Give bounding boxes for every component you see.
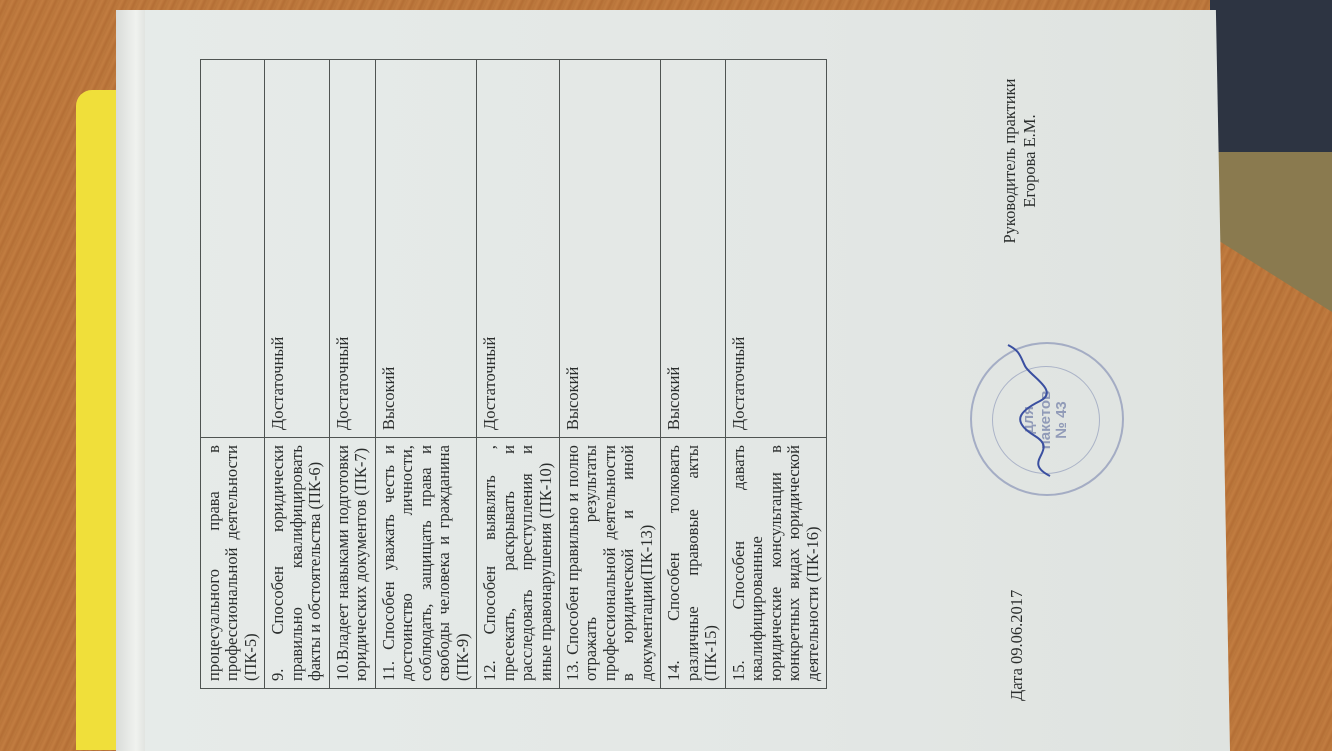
competency-cell: 15. Способен давать квалифицированные юр…	[725, 438, 826, 689]
table-row: 9. Способен юридически правильно квалифи…	[265, 60, 329, 689]
competency-cell: 10.Владеет навыками подготовки юридическ…	[329, 438, 375, 689]
level-cell: Достаточный	[725, 60, 826, 438]
level-cell	[201, 60, 265, 438]
table-row: 15. Способен давать квалифицированные юр…	[725, 60, 826, 689]
competency-cell: 14. Способен толковать различные правовы…	[661, 438, 725, 689]
table-row: процесуального права в профессиональной …	[201, 60, 265, 689]
level-cell: Высокий	[375, 60, 476, 438]
competency-cell: процесуального права в профессиональной …	[201, 438, 265, 689]
signature-icon	[1000, 341, 1070, 481]
supervisor-title: Руководитель практики	[1000, 41, 1020, 281]
table-row: 11. Способен уважать честь и достоинство…	[375, 60, 476, 689]
table-row: 14. Способен толковать различные правовы…	[661, 60, 725, 689]
competency-cell: 12. Способен выявлять , пресекать, раскр…	[477, 438, 560, 689]
competency-cell: 13. Способен правильно и полно отражать …	[559, 438, 660, 689]
signature-block: Руководитель практики Егорова Е.М.	[1000, 41, 1040, 281]
table-row: 12. Способен выявлять , пресекать, раскр…	[477, 60, 560, 689]
competency-table: процесуального права в профессиональной …	[200, 59, 827, 689]
supervisor-name: Егорова Е.М.	[1020, 41, 1040, 281]
level-cell: Достаточный	[265, 60, 329, 438]
level-cell: Высокий	[661, 60, 725, 438]
level-cell: Высокий	[559, 60, 660, 438]
level-cell: Достаточный	[477, 60, 560, 438]
document-page: процесуального права в профессиональной …	[145, 10, 1230, 751]
competency-cell: 9. Способен юридически правильно квалифи…	[265, 438, 329, 689]
table-row: 10.Владеет навыками подготовки юридическ…	[329, 60, 375, 689]
table-row: 13. Способен правильно и полно отражать …	[559, 60, 660, 689]
level-cell: Достаточный	[329, 60, 375, 438]
competency-cell: 11. Способен уважать честь и достоинство…	[375, 438, 476, 689]
date-label: Дата 09.06.2017	[1007, 590, 1027, 701]
